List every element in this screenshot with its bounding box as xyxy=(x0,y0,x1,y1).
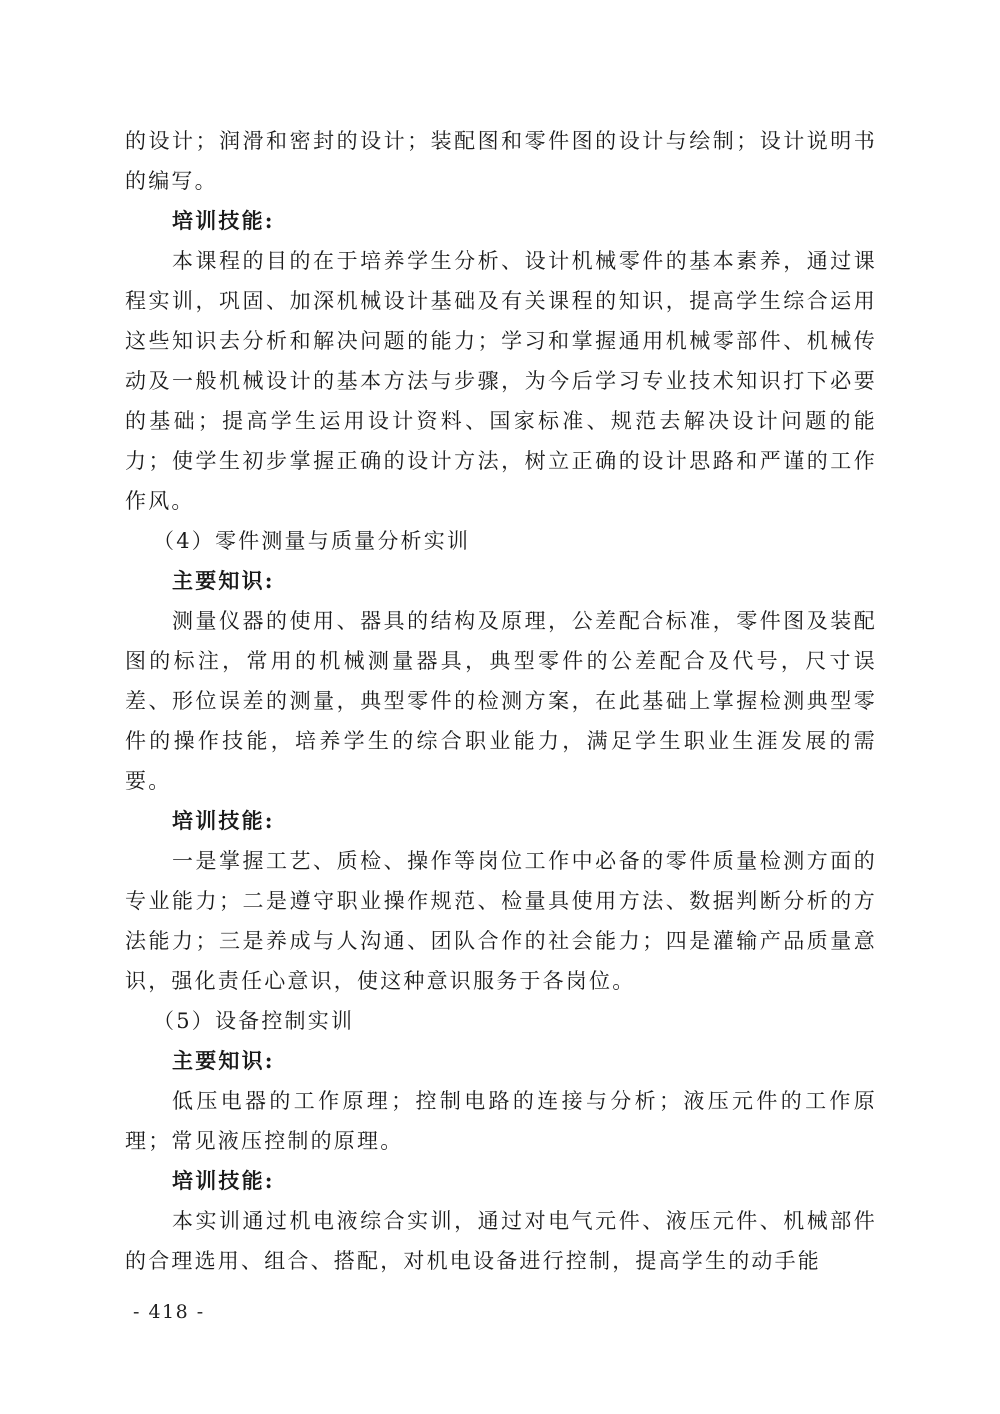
document-page: 的设计；润滑和密封的设计；装配图和零件图的设计与绘制；设计说明书的编写。 培训技… xyxy=(0,0,1000,1414)
section-heading: 培训技能: xyxy=(125,801,877,841)
paragraph: 一是掌握工艺、质检、操作等岗位工作中必备的零件质量检测方面的专业能力；二是遵守职… xyxy=(125,841,877,1001)
paragraph: 测量仪器的使用、器具的结构及原理，公差配合标准，零件图及装配图的标注，常用的机械… xyxy=(125,601,877,801)
section-heading: 主要知识: xyxy=(125,561,877,601)
paragraph: 本实训通过机电液综合实训，通过对电气元件、液压元件、机械部件的合理选用、组合、搭… xyxy=(125,1201,877,1281)
paragraph: 本课程的目的在于培养学生分析、设计机械零件的基本素养，通过课程实训，巩固、加深机… xyxy=(125,241,877,521)
section-heading: 培训技能: xyxy=(125,201,877,241)
section-heading: 主要知识: xyxy=(125,1041,877,1081)
section-heading: 培训技能: xyxy=(125,1161,877,1201)
page-number: - 418 - xyxy=(133,1298,205,1326)
paragraph: 低压电器的工作原理；控制电路的连接与分析；液压元件的工作原理；常见液压控制的原理… xyxy=(125,1081,877,1161)
paragraph-continuation: 的设计；润滑和密封的设计；装配图和零件图的设计与绘制；设计说明书的编写。 xyxy=(125,121,877,201)
list-item-5: （5）设备控制实训 xyxy=(125,1001,877,1041)
document-body: 的设计；润滑和密封的设计；装配图和零件图的设计与绘制；设计说明书的编写。 培训技… xyxy=(125,121,877,1281)
list-item-4: （4）零件测量与质量分析实训 xyxy=(125,521,877,561)
